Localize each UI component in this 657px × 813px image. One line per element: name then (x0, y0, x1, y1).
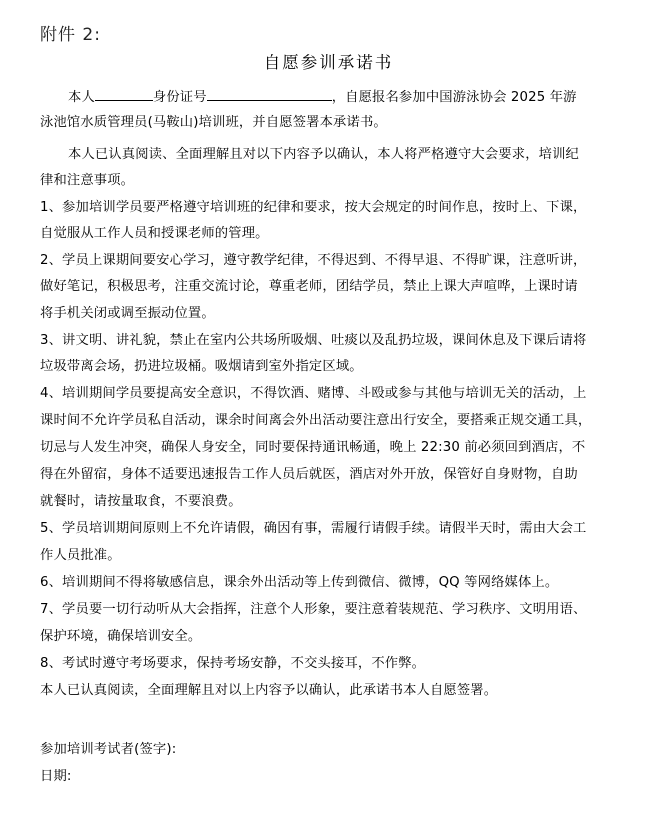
intro-line-2: 泳池馆水质管理员(马鞍山)培训班，并自愿签署本承诺书。 (40, 111, 387, 130)
item-4-line-2: 课时间不允许学员私自活动，课余时间离会外出活动要注意出行安全，要搭乘正规交通工具… (40, 409, 591, 428)
item-5-line-2: 作人员批准。 (40, 544, 121, 563)
item-5-line-1: 5、学员培训期间原则上不允许请假，确因有事，需履行请假手续。请假半天时，需由大会… (40, 517, 586, 536)
statement-line-2: 律和注意事项。 (40, 169, 134, 188)
signature-label: 参加培训考试者(签字): (40, 738, 176, 757)
item-1-line-2: 自觉服从工作人员和授课老师的管理。 (40, 222, 269, 241)
item-3-line-2: 垃圾带离会场，扔进垃圾桶。吸烟请到室外指定区域。 (40, 355, 363, 374)
item-4-line-4: 得在外留宿，身体不适要迅速报告工作人员后就医，酒店对外开放，保管好自身财物，自助 (40, 463, 578, 482)
item-2-line-2: 做好笔记，积极思考，注重交流讨论，尊重老师，团结学员，禁止上课大声喧哗，上课时请 (40, 275, 578, 294)
intro-text: ，自愿报名参加中国游泳协会 2025 年游 (332, 90, 577, 105)
date-label: 日期: (40, 765, 72, 784)
item-4-line-5: 就餐时，请按量取食，不要浪费。 (40, 490, 242, 509)
item-1-line-1: 1、参加培训学员要严格遵守培训班的纪律和要求，按大会规定的时间作息，按时上、下课… (40, 196, 586, 215)
id-label: 身份证号 (153, 90, 207, 105)
id-number-blank[interactable] (207, 88, 332, 101)
closing-statement: 本人已认真阅读，全面理解且对以上内容予以确认，此承诺书本人自愿签署。 (40, 679, 497, 698)
self-label: 本人 (68, 90, 95, 105)
item-2-line-1: 2、学员上课期间要安心学习，遵守教学纪律，不得迟到、不得早退、不得旷课，注意听讲… (40, 249, 586, 268)
item-3-line-1: 3、讲文明、讲礼貌，禁止在室内公共场所吸烟、吐痰以及乱扔垃圾，课间休息及下课后请… (40, 329, 586, 348)
item-7-line-2: 保护环境，确保培训安全。 (40, 625, 201, 644)
item-2-line-3: 将手机关闭或调至振动位置。 (40, 302, 215, 321)
document-title: 自愿参训承诺书 (0, 49, 657, 73)
name-blank[interactable] (95, 88, 153, 101)
annex-label: 附件 2: (40, 20, 101, 45)
item-4-line-3: 切忌与人发生冲突，确保人身安全，同时要保持通讯畅通，晚上 22:30 前必须回到… (40, 436, 585, 455)
item-8-line-1: 8、考试时遵守考场要求，保持考场安静，不交头接耳，不作弊。 (40, 652, 425, 671)
statement-line-1: 本人已认真阅读、全面理解且对以下内容予以确认，本人将严格遵守大会要求，培训纪 (68, 143, 579, 162)
item-7-line-1: 7、学员要一切行动听从大会指挥，注意个人形象，要注意着装规范、学习秩序、文明用语… (40, 598, 586, 617)
intro-line-1: 本人身份证号，自愿报名参加中国游泳协会 2025 年游 (68, 86, 577, 105)
item-6-line-1: 6、培训期间不得将敏感信息，课余外出活动等上传到微信、微博，QQ 等网络媒体上。 (40, 571, 558, 590)
item-4-line-1: 4、培训期间学员要提高安全意识，不得饮酒、赌博、斗殴或参与其他与培训无关的活动，… (40, 382, 586, 401)
